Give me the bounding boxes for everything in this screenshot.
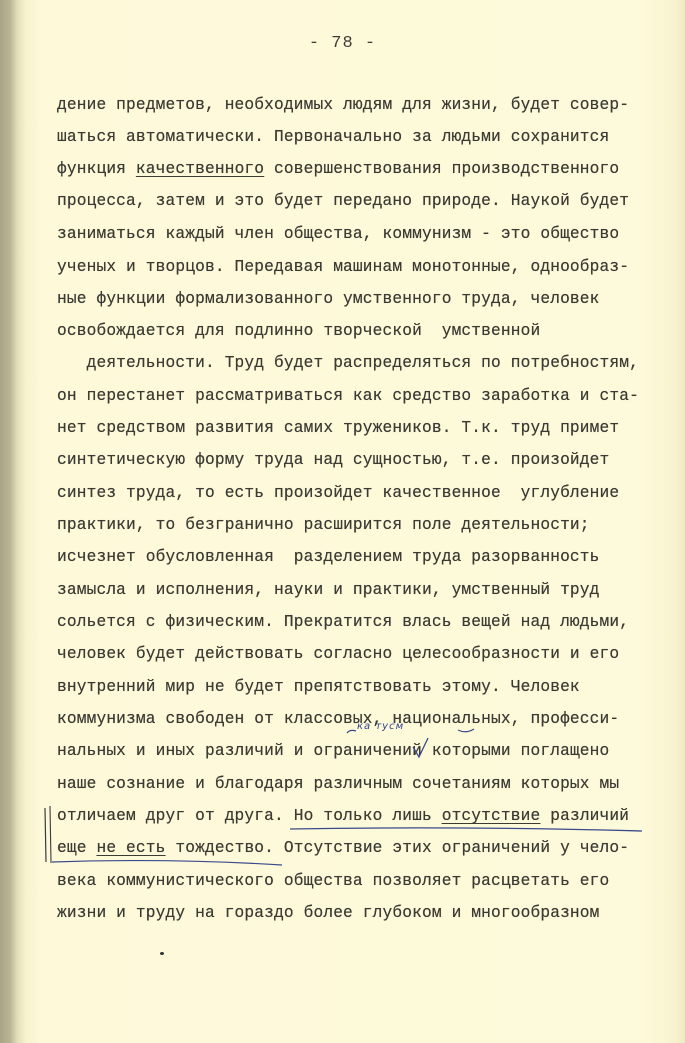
pen-marks: [0, 0, 685, 1043]
ink-speck: [160, 952, 164, 955]
document-page: - 78 - дение предметов, необходимых людя…: [0, 0, 685, 1043]
